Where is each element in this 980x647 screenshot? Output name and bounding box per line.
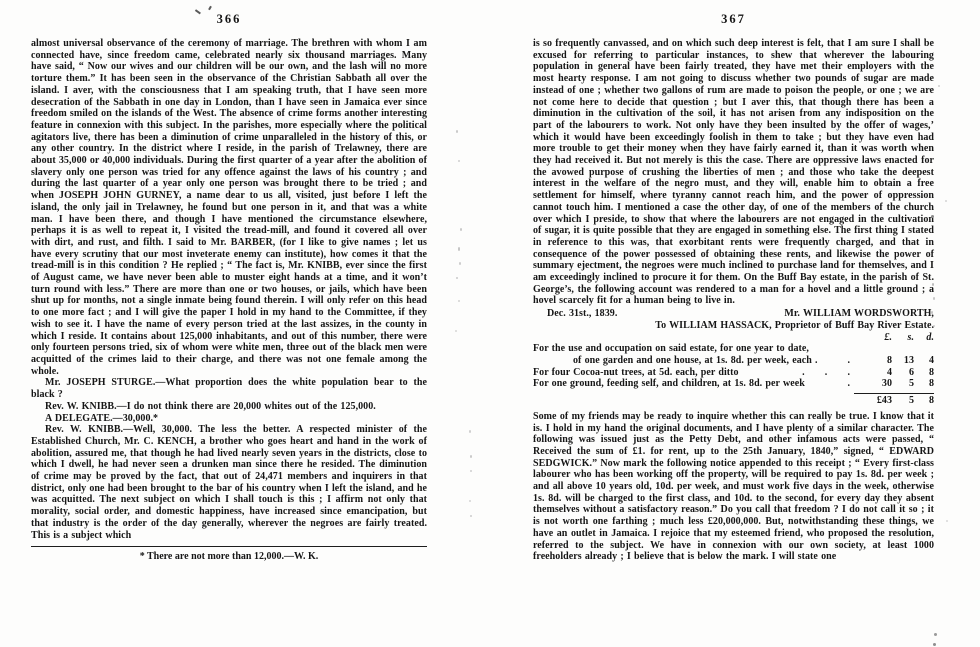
- page-number-right: 367: [533, 12, 934, 27]
- account-addressee: Mr. WILLIAM WORDSWORTH,: [784, 308, 934, 320]
- scan-speck: [455, 330, 457, 332]
- account-row: For one ground, feeding self, and childr…: [533, 378, 934, 390]
- account-row-description: For four Cocoa-nut trees, at 5d. each, p…: [533, 367, 796, 379]
- left-page-body: almost universal observance of the cerem…: [31, 38, 427, 541]
- rent-account: Dec. 31st., 1839. Mr. WILLIAM WORDSWORTH…: [533, 308, 934, 407]
- account-row-description: For the use and occupation on said estat…: [533, 343, 934, 355]
- scan-speck: [933, 325, 935, 327]
- account-total-row: £43 5 8: [533, 395, 934, 407]
- pounds-value: 8: [862, 355, 892, 367]
- scan-speck: [456, 130, 458, 133]
- footnote-rule: [31, 546, 427, 547]
- scan-speck: [938, 85, 940, 87]
- dot-leader: . . .: [796, 367, 862, 379]
- dot-leader: .: [841, 355, 862, 367]
- pounds-header: £.: [862, 332, 892, 344]
- scan-speck: [934, 633, 937, 636]
- right-page-body: is so frequently canvassed, and on which…: [533, 38, 934, 563]
- scan-speck: [469, 430, 471, 433]
- scan-speck: [460, 228, 462, 231]
- scan-speck: [470, 470, 472, 472]
- total-shillings: 5: [892, 395, 914, 407]
- body-paragraph: Mr. JOSEPH STURGE.—What proportion does …: [31, 377, 427, 400]
- scan-speck: [470, 515, 472, 517]
- shillings-value: 13: [892, 355, 914, 367]
- total-pounds: £43: [862, 395, 892, 407]
- scan-speck: [456, 277, 458, 279]
- shillings-value: 5: [892, 378, 914, 390]
- pence-value: 8: [914, 367, 934, 379]
- scan-speck: [933, 297, 935, 300]
- shillings-value: 6: [892, 367, 914, 379]
- scan-speck: [470, 455, 472, 458]
- scan-speck: [931, 311, 933, 314]
- body-paragraph: is so frequently canvassed, and on which…: [533, 38, 934, 307]
- footnote: * There are not more than 12,000.—W. K.: [31, 551, 427, 563]
- account-row: of one garden and one house, at 1s. 8d. …: [533, 355, 934, 367]
- shillings-header: s.: [892, 332, 914, 344]
- account-recipient: To WILLIAM HASSACK, Proprietor of Buff B…: [533, 320, 934, 332]
- total-rule: [854, 393, 934, 394]
- scan-speck: [469, 500, 471, 502]
- pence-header: d.: [914, 332, 934, 344]
- account-header: Dec. 31st., 1839. Mr. WILLIAM WORDSWORTH…: [533, 308, 934, 320]
- total-pence: 8: [914, 395, 934, 407]
- scan-speck: [458, 160, 460, 162]
- body-paragraph: A DELEGATE.—30,000.*: [31, 413, 427, 425]
- scan-speck: [945, 200, 947, 202]
- scan-speck: [933, 643, 936, 646]
- scan-speck: [458, 300, 460, 302]
- page-367: 367 is so frequently canvassed, and on w…: [533, 8, 934, 563]
- book-spread-scan: 366 almost universal observance of the c…: [0, 0, 980, 647]
- account-date: Dec. 31st., 1839.: [533, 308, 617, 320]
- scan-speck: [459, 262, 461, 265]
- scan-speck: [458, 247, 460, 251]
- body-paragraph: Rev. W. KNIBB.—Well, 30,000. The less th…: [31, 424, 427, 541]
- currency-header-row: £. s. d.: [533, 332, 934, 344]
- account-row-description: of one garden and one house, at 1s. 8d. …: [533, 355, 841, 367]
- pounds-value: 30: [862, 378, 892, 390]
- account-row-description: For one ground, feeding self, and childr…: [533, 378, 841, 390]
- dot-leader: .: [841, 378, 862, 390]
- page-number-left: 366: [31, 12, 427, 27]
- account-row: For four Cocoa-nut trees, at 5d. each, p…: [533, 367, 934, 379]
- body-paragraph: Some of my friends may be ready to inqui…: [533, 411, 934, 563]
- body-paragraph: Rev. W. KNIBB.—I do not think there are …: [31, 401, 427, 413]
- body-paragraph: almost universal observance of the cerem…: [31, 38, 427, 377]
- page-366: 366 almost universal observance of the c…: [31, 8, 427, 563]
- total-rule-row: [533, 390, 934, 394]
- scan-speck: [932, 283, 934, 286]
- pence-value: 8: [914, 378, 934, 390]
- pence-value: 4: [914, 355, 934, 367]
- pounds-value: 4: [862, 367, 892, 379]
- scan-speck: [946, 520, 948, 522]
- scan-speck: [931, 215, 934, 218]
